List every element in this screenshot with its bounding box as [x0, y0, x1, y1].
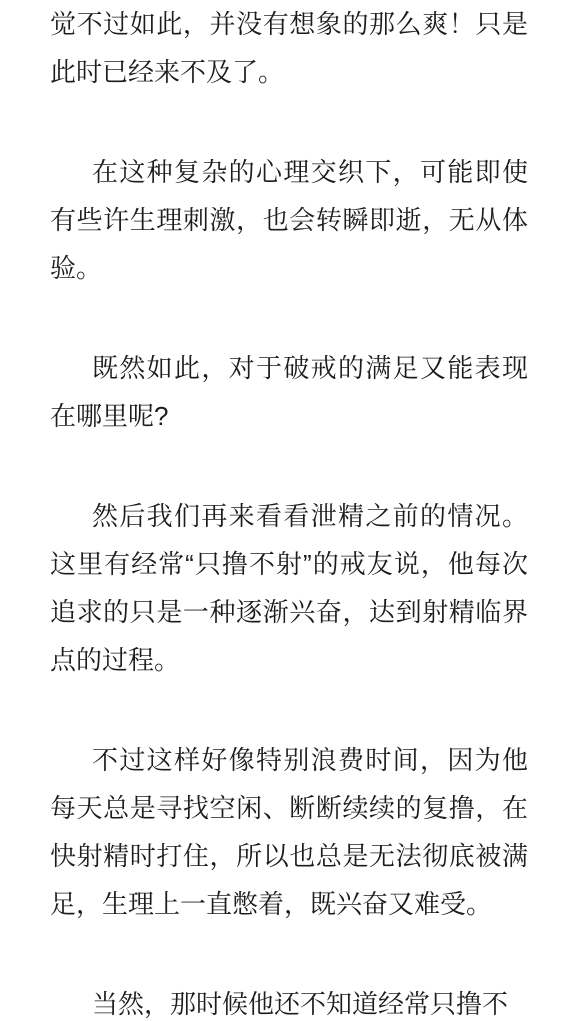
paragraph: 不过这样好像特别浪费时间，因为他每天总是寻找空闲、断断续续的复撸，在快射精时打住…: [50, 736, 528, 928]
paragraph: 觉不过如此，并没有想象的那么爽！只是此时已经来不及了。: [50, 0, 528, 96]
reading-page: 觉不过如此，并没有想象的那么爽！只是此时已经来不及了。 在这种复杂的心理交织下，…: [0, 0, 580, 1021]
paragraph: 既然如此，对于破戒的满足又能表现在哪里呢?: [50, 344, 528, 440]
paragraph: 当然，那时候他还不知道经常只撸不: [50, 980, 528, 1021]
article-body: 觉不过如此，并没有想象的那么爽！只是此时已经来不及了。 在这种复杂的心理交织下，…: [50, 0, 528, 1021]
paragraph: 在这种复杂的心理交织下，可能即使有些许生理刺激，也会转瞬即逝，无从体验。: [50, 148, 528, 292]
paragraph: 然后我们再来看看泄精之前的情况。这里有经常“只撸不射”的戒友说，他每次追求的只是…: [50, 492, 528, 684]
